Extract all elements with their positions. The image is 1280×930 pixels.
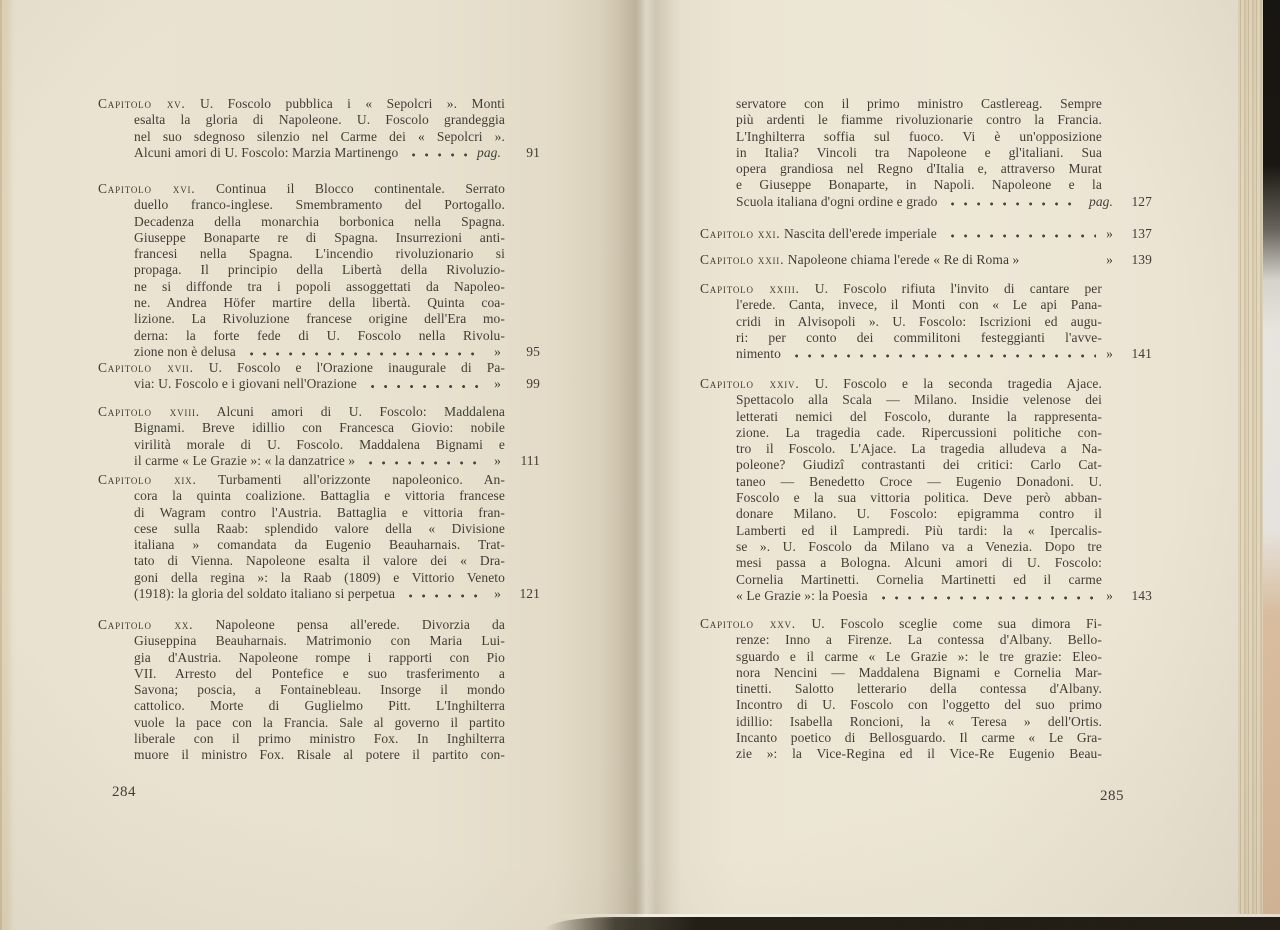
toc-line-text: tro il Foscolo. L'Ajace. La tragedia all… — [736, 441, 1102, 456]
toc-line-text: Capitolo xvi. Continua il Blocco contine… — [98, 181, 505, 196]
toc-line-text: derna: la forte fede di U. Foscolo nella… — [134, 328, 505, 343]
toc-line: servatore con il primo ministro Castlere… — [700, 96, 1152, 112]
toc-line-text: se ». U. Foscolo da Milano va a Venezia.… — [736, 539, 1102, 554]
toc-line: Giuseppina Beauharnais. Matrimonio con M… — [98, 633, 540, 649]
toc-line: idillio: Isabella Roncioni, la « Teresa … — [700, 714, 1152, 730]
page-ref-leader: » — [1106, 226, 1113, 242]
toc-line-text: esalta la gloria di Napoleone. U. Foscol… — [134, 112, 505, 127]
toc-line-text: italiana » comandata da Eugenio Beauharn… — [134, 537, 505, 552]
toc-line-text: di Wagram contro l'Austria. Battaglia e … — [134, 505, 505, 520]
toc-line: L'Inghilterra soffia sul fuoco. Vi è un'… — [700, 129, 1152, 145]
toc-line: ne. Andrea Höfer martire della libertà. … — [98, 295, 540, 311]
toc-line-text: cattolico. Morte di Guglielmo Pitt. L'In… — [134, 698, 505, 713]
toc-line: Foscolo e la sua vittoria politica. Deve… — [700, 490, 1152, 506]
toc-line-text: muore il ministro Fox. Risale al potere … — [134, 747, 505, 762]
toc-line: se ». U. Foscolo da Milano va a Venezia.… — [700, 539, 1152, 555]
page-ref-leader: pag. — [477, 145, 501, 161]
toc-line-text: ne si diffonde tra i popoli assoggettati… — [134, 279, 505, 294]
toc-line-text: Foscolo e la sua vittoria politica. Deve… — [736, 490, 1102, 505]
toc-line: Capitolo xxiii. U. Foscolo rifiuta l'inv… — [700, 281, 1152, 297]
toc-line: Capitolo xxv. U. Foscolo sceglie come su… — [700, 616, 1152, 632]
chapter-label: Capitolo xxi. — [700, 226, 780, 241]
toc-line: poleone? Giudizî contrastanti dei critic… — [700, 457, 1152, 473]
toc-line: Capitolo xxi. Nascita dell'erede imperia… — [700, 226, 1152, 242]
toc-line-text: Capitolo xxii. Napoleone chiama l'erede … — [700, 252, 1019, 268]
page-ref-leader: » — [494, 586, 501, 602]
page-number-right: 285 — [1100, 788, 1124, 805]
toc-line: donare Milano. U. Foscolo: epigramma con… — [700, 506, 1152, 522]
book-cover-edge — [1263, 0, 1280, 930]
toc-line: Spettacolo alla Scala — Milano. Insidie … — [700, 392, 1152, 408]
toc-line-text: Spettacolo alla Scala — Milano. Insidie … — [736, 392, 1102, 407]
toc-line: « Le Grazie »: la Poesia»143 — [700, 588, 1152, 604]
toc-line: via: U. Foscolo e i giovani nell'Orazion… — [98, 376, 540, 392]
toc-line: Cornelia Martinetti. Cornelia Martinetti… — [700, 572, 1152, 588]
toc-line-text: zie »: la Vice-Regina ed il Vice-Re Euge… — [736, 746, 1102, 761]
page-ref-number: 91 — [514, 145, 540, 161]
page-ref-number: 121 — [514, 586, 540, 602]
toc-line: cora la quinta coalizione. Battaglia e v… — [98, 488, 540, 504]
chapter-label: Capitolo xv. — [98, 96, 186, 111]
toc-line: duello franco-inglese. Smembramento del … — [98, 197, 540, 213]
toc-line-text: Capitolo xxiii. U. Foscolo rifiuta l'inv… — [700, 281, 1102, 296]
toc-line-text: Capitolo xix. Turbamenti all'orizzonte n… — [98, 472, 505, 487]
toc-line-text: Giuseppe Bonaparte re di Spagna. Insurre… — [134, 230, 505, 245]
toc-line: esalta la gloria di Napoleone. U. Foscol… — [98, 112, 540, 128]
page-ref-leader: » — [494, 376, 501, 392]
toc-line-text: liberale con il primo ministro Fox. In I… — [134, 731, 505, 746]
toc-line: Capitolo xix. Turbamenti all'orizzonte n… — [98, 472, 540, 488]
dot-leader — [949, 194, 1079, 210]
toc-line-text: Lamberti ed il Lampredi. Più tardi: la «… — [736, 523, 1102, 538]
toc-line: Alcuni amori di U. Foscolo: Marzia Marti… — [98, 145, 540, 161]
chapter-label: Capitolo xx. — [98, 617, 193, 632]
toc-line-text: Capitolo xx. Napoleone pensa all'erede. … — [98, 617, 505, 632]
toc-line-text: nora Nencini — Maddalena Bignami e Corne… — [736, 665, 1102, 680]
toc-line: vuole la pace con la Francia. Sale al go… — [98, 715, 540, 731]
page-ref-number: 137 — [1126, 226, 1152, 242]
chapter-label: Capitolo xvii. — [98, 360, 194, 375]
toc-line-text: tinetti. Salotto letterario della contes… — [736, 681, 1102, 696]
toc-line-text: francesi nella Spagna. L'incendio rivolu… — [134, 246, 505, 261]
chapter-label: Capitolo xxv. — [700, 616, 796, 631]
toc-line: letterati nemici del Foscolo, durante la… — [700, 409, 1152, 425]
toc-line: cese sulla Raab: splendido valore della … — [98, 521, 540, 537]
toc-line: di Wagram contro l'Austria. Battaglia e … — [98, 505, 540, 521]
page-ref-number: 111 — [514, 453, 540, 469]
dot-leader — [369, 376, 484, 392]
toc-entry: Capitolo xxv. U. Foscolo sceglie come su… — [700, 616, 1152, 763]
toc-line: (1918): la gloria del soldato italiano s… — [98, 586, 540, 602]
dot-leader — [367, 453, 484, 469]
page-number-left: 284 — [112, 784, 136, 801]
toc-line: Capitolo xx. Napoleone pensa all'erede. … — [98, 617, 540, 633]
dot-leader — [793, 346, 1096, 362]
page-ref-leader: » — [1106, 346, 1113, 362]
toc-line: taneo — Benedetto Croce — Eugenio Donado… — [700, 474, 1152, 490]
toc-line: zione. La tragedia cade. Ripercussioni p… — [700, 425, 1152, 441]
toc-line: Savona; poscia, a Fontainebleau. Insorge… — [98, 682, 540, 698]
toc-line-text: Giuseppina Beauharnais. Matrimonio con M… — [134, 633, 505, 648]
page-ref-number: 95 — [514, 344, 540, 360]
toc-line: francesi nella Spagna. L'incendio rivolu… — [98, 246, 540, 262]
dot-leader — [248, 344, 484, 360]
chapter-label: Capitolo xxiv. — [700, 376, 800, 391]
toc-line: zie »: la Vice-Regina ed il Vice-Re Euge… — [700, 746, 1152, 762]
toc-line: lizione. La Rivoluzione francese origine… — [98, 311, 540, 327]
toc-line: italiana » comandata da Eugenio Beauharn… — [98, 537, 540, 553]
toc-line-text: duello franco-inglese. Smembramento del … — [134, 197, 505, 212]
chapter-label: Capitolo xviii. — [98, 404, 200, 419]
toc-line-text: nel suo sdegnoso silenzio nel Carme dei … — [134, 129, 505, 144]
toc-line: Capitolo xv. U. Foscolo pubblica i « Sep… — [98, 96, 540, 112]
toc-line-text: idillio: Isabella Roncioni, la « Teresa … — [736, 714, 1102, 729]
book-scan: Capitolo xv. U. Foscolo pubblica i « Sep… — [0, 0, 1280, 930]
chapter-label: Capitolo xvi. — [98, 181, 195, 196]
toc-line: Incanto poetico di Bellosguardo. Il carm… — [700, 730, 1152, 746]
toc-line: cattolico. Morte di Guglielmo Pitt. L'In… — [98, 698, 540, 714]
page-ref-number: 99 — [514, 376, 540, 392]
toc-line: Decadenza della monarchia borbonica nell… — [98, 214, 540, 230]
toc-line: Capitolo xvi. Continua il Blocco contine… — [98, 181, 540, 197]
toc-entry: Capitolo xviii. Alcuni amori di U. Fosco… — [98, 404, 540, 469]
toc-line-text: il carme « Le Grazie »: « la danzatrice … — [134, 453, 355, 469]
toc-line-text: poleone? Giudizî contrastanti dei critic… — [736, 457, 1102, 472]
toc-entry: Capitolo xvi. Continua il Blocco contine… — [98, 181, 540, 360]
toc-line: Scuola italiana d'ogni ordine e gradopag… — [700, 194, 1152, 210]
toc-line-text: (1918): la gloria del soldato italiano s… — [134, 586, 395, 602]
toc-line: più ardenti le fiamme rivoluzionarie con… — [700, 112, 1152, 128]
toc-entry: servatore con il primo ministro Castlere… — [700, 96, 1152, 210]
toc-entry: Capitolo xxii. Napoleone chiama l'erede … — [700, 252, 1152, 268]
toc-entry: Capitolo xxi. Nascita dell'erede imperia… — [700, 226, 1152, 242]
toc-line: Capitolo xxiv. U. Foscolo e la seconda t… — [700, 376, 1152, 392]
toc-line-text: Incontro di U. Foscolo con l'oggetto del… — [736, 697, 1102, 712]
toc-line-text: cese sulla Raab: splendido valore della … — [134, 521, 505, 536]
toc-line-text: lizione. La Rivoluzione francese origine… — [134, 311, 505, 326]
page-edge-stack — [1238, 0, 1264, 930]
toc-line-text: Bignami. Breve idillio con Francesca Gio… — [134, 420, 505, 435]
toc-line-text: opera grandiosa nel Regno d'Italia e, at… — [736, 161, 1102, 176]
dot-leader — [949, 226, 1096, 242]
page-ref-number: 127 — [1126, 194, 1152, 210]
toc-line: il carme « Le Grazie »: « la danzatrice … — [98, 453, 540, 469]
toc-line-text: Capitolo xxv. U. Foscolo sceglie come su… — [700, 616, 1102, 631]
toc-line-text: Capitolo xviii. Alcuni amori di U. Fosco… — [98, 404, 505, 419]
toc-entry: Capitolo xvii. U. Foscolo e l'Orazione i… — [98, 360, 540, 393]
toc-line: goni della regina »: la Raab (1809) e Vi… — [98, 570, 540, 586]
toc-line-text: Savona; poscia, a Fontainebleau. Insorge… — [134, 682, 505, 697]
toc-line: sguardo e il carme « Le Grazie »: le tre… — [700, 649, 1152, 665]
left-page-edge — [0, 0, 12, 930]
toc-line-text: l'erede. Canta, invece, il Monti con « L… — [736, 297, 1102, 312]
toc-line-text: Decadenza della monarchia borbonica nell… — [134, 214, 505, 229]
toc-line: derna: la forte fede di U. Foscolo nella… — [98, 328, 540, 344]
toc-line-text: Cornelia Martinetti. Cornelia Martinetti… — [736, 572, 1102, 587]
toc-line: cridi in Alvisopoli ». U. Foscolo: Iscri… — [700, 314, 1152, 330]
toc-line: tro il Foscolo. L'Ajace. La tragedia all… — [700, 441, 1152, 457]
toc-line-text: cridi in Alvisopoli ». U. Foscolo: Iscri… — [736, 314, 1102, 329]
toc-line-text: zione non è delusa — [134, 344, 236, 360]
toc-line-text: gia d'Austria. Napoleone rompe i rapport… — [134, 650, 505, 665]
toc-line-text: letterati nemici del Foscolo, durante la… — [736, 409, 1102, 424]
page-ref-leader: » — [494, 344, 501, 360]
toc-line: virilità morale di U. Foscolo. Maddalena… — [98, 437, 540, 453]
toc-line-text: goni della regina »: la Raab (1809) e Vi… — [134, 570, 505, 585]
toc-line: nel suo sdegnoso silenzio nel Carme dei … — [98, 129, 540, 145]
toc-line-text: Scuola italiana d'ogni ordine e grado — [736, 194, 937, 210]
toc-line-text: cora la quinta coalizione. Battaglia e v… — [134, 488, 505, 503]
toc-line-text: renze: Inno a Firenze. La contessa d'Alb… — [736, 632, 1102, 647]
toc-line-text: Capitolo xxiv. U. Foscolo e la seconda t… — [700, 376, 1102, 391]
toc-line: Giuseppe Bonaparte re di Spagna. Insurre… — [98, 230, 540, 246]
toc-line-text: donare Milano. U. Foscolo: epigramma con… — [736, 506, 1102, 521]
toc-line: tinetti. Salotto letterario della contes… — [700, 681, 1152, 697]
page-ref-number: 139 — [1126, 252, 1152, 268]
toc-line-text: nimento — [736, 346, 781, 362]
toc-line: zione non è delusa»95 — [98, 344, 540, 360]
page-ref-leader: » — [494, 453, 501, 469]
toc-line: nora Nencini — Maddalena Bignami e Corne… — [700, 665, 1152, 681]
toc-line: Incontro di U. Foscolo con l'oggetto del… — [700, 697, 1152, 713]
page-ref-number: 141 — [1126, 346, 1152, 362]
toc-line-text: L'Inghilterra soffia sul fuoco. Vi è un'… — [736, 129, 1102, 144]
toc-line-text: in Italia? Vincoli tra Napoleone e gl'it… — [736, 145, 1102, 160]
toc-line: ne si diffonde tra i popoli assoggettati… — [98, 279, 540, 295]
toc-line-text: sguardo e il carme « Le Grazie »: le tre… — [736, 649, 1102, 664]
toc-line-text: vuole la pace con la Francia. Sale al go… — [134, 715, 505, 730]
toc-line: tato di Vienna. Napoleone esalta il valo… — [98, 553, 540, 569]
toc-line: Capitolo xviii. Alcuni amori di U. Fosco… — [98, 404, 540, 420]
page-ref-number: 143 — [1126, 588, 1152, 604]
toc-line: Lamberti ed il Lampredi. Più tardi: la «… — [700, 523, 1152, 539]
toc-line: renze: Inno a Firenze. La contessa d'Alb… — [700, 632, 1152, 648]
toc-line-text: Capitolo xvii. U. Foscolo e l'Orazione i… — [98, 360, 505, 375]
toc-line-text: servatore con il primo ministro Castlere… — [736, 96, 1102, 111]
toc-line-text: propaga. Il principio della Libertà dell… — [134, 262, 505, 277]
page-ref-leader: » — [1106, 588, 1113, 604]
dot-leader — [1031, 252, 1096, 268]
toc-line-text: più ardenti le fiamme rivoluzionarie con… — [736, 112, 1102, 127]
toc-line-text: e Giuseppe Bonaparte, in Napoli. Napoleo… — [736, 177, 1102, 192]
toc-line: l'erede. Canta, invece, il Monti con « L… — [700, 297, 1152, 313]
dot-leader — [407, 586, 484, 602]
toc-line: muore il ministro Fox. Risale al potere … — [98, 747, 540, 763]
toc-line: Bignami. Breve idillio con Francesca Gio… — [98, 420, 540, 436]
toc-line: in Italia? Vincoli tra Napoleone e gl'it… — [700, 145, 1152, 161]
dot-leader — [410, 145, 467, 161]
toc-line-text: Capitolo xv. U. Foscolo pubblica i « Sep… — [98, 96, 505, 111]
toc-entry: Capitolo xix. Turbamenti all'orizzonte n… — [98, 472, 540, 602]
chapter-label: Capitolo xxiii. — [700, 281, 800, 296]
toc-line-text: Incanto poetico di Bellosguardo. Il carm… — [736, 730, 1102, 745]
page-ref-leader: pag. — [1089, 194, 1113, 210]
toc-line-text: Alcuni amori di U. Foscolo: Marzia Marti… — [134, 145, 398, 161]
toc-line-text: virilità morale di U. Foscolo. Maddalena… — [134, 437, 505, 452]
toc-line: ri: per conto dei commilitoni festeggian… — [700, 330, 1152, 346]
toc-line: propaga. Il principio della Libertà dell… — [98, 262, 540, 278]
toc-line: mesi passa a Bologna. Alcuni amori di U.… — [700, 555, 1152, 571]
toc-line-text: tato di Vienna. Napoleone esalta il valo… — [134, 553, 505, 568]
toc-line: VII. Arresto del Pontefice e suo trasfer… — [98, 666, 540, 682]
toc-entry: Capitolo xx. Napoleone pensa all'erede. … — [98, 617, 540, 764]
toc-line-text: « Le Grazie »: la Poesia — [736, 588, 868, 604]
toc-line: opera grandiosa nel Regno d'Italia e, at… — [700, 161, 1152, 177]
toc-line: liberale con il primo ministro Fox. In I… — [98, 731, 540, 747]
toc-entry: Capitolo xxiii. U. Foscolo rifiuta l'inv… — [700, 281, 1152, 362]
toc-line-text: VII. Arresto del Pontefice e suo trasfer… — [134, 666, 505, 681]
chapter-label: Capitolo xxii. — [700, 252, 784, 267]
toc-line-text: zione. La tragedia cade. Ripercussioni p… — [736, 425, 1102, 440]
toc-entry: Capitolo xv. U. Foscolo pubblica i « Sep… — [98, 96, 540, 161]
dot-leader — [880, 588, 1096, 604]
toc-line-text: ri: per conto dei commilitoni festeggian… — [736, 330, 1102, 345]
toc-line: nimento»141 — [700, 346, 1152, 362]
toc-line: gia d'Austria. Napoleone rompe i rapport… — [98, 650, 540, 666]
toc-line-text: via: U. Foscolo e i giovani nell'Orazion… — [134, 376, 357, 392]
chapter-label: Capitolo xix. — [98, 472, 197, 487]
toc-entry: Capitolo xxiv. U. Foscolo e la seconda t… — [700, 376, 1152, 604]
toc-line: Capitolo xxii. Napoleone chiama l'erede … — [700, 252, 1152, 268]
toc-line: e Giuseppe Bonaparte, in Napoli. Napoleo… — [700, 177, 1152, 193]
page-ref-leader: » — [1106, 252, 1113, 268]
toc-line-text: taneo — Benedetto Croce — Eugenio Donado… — [736, 474, 1102, 489]
toc-line-text: ne. Andrea Höfer martire della libertà. … — [134, 295, 505, 310]
toc-line-text: Capitolo xxi. Nascita dell'erede imperia… — [700, 226, 937, 242]
table-shadow — [545, 917, 1280, 930]
toc-line-text: mesi passa a Bologna. Alcuni amori di U.… — [736, 555, 1102, 570]
toc-line: Capitolo xvii. U. Foscolo e l'Orazione i… — [98, 360, 540, 376]
